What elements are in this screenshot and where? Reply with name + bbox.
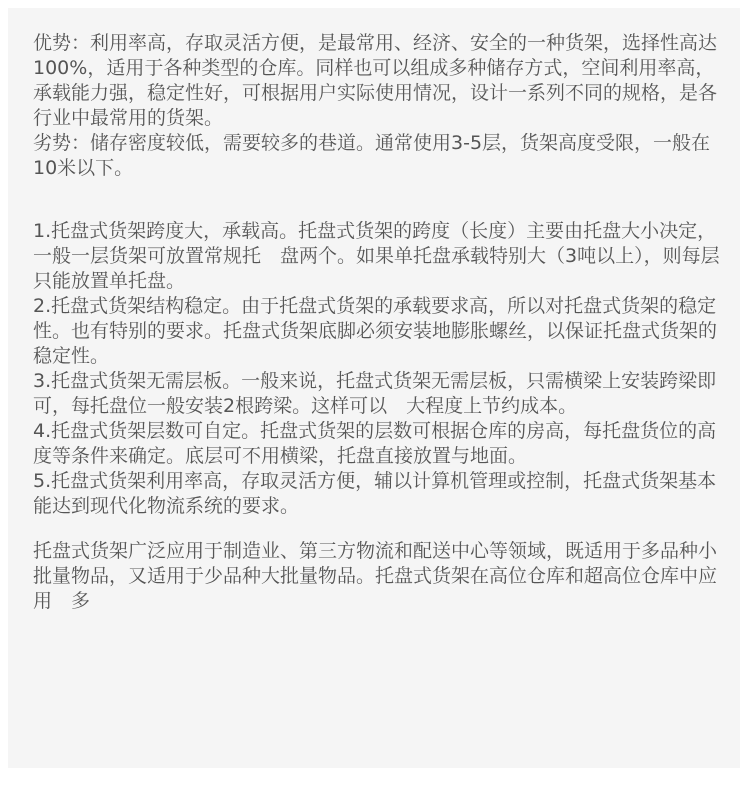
applications-paragraph: 托盘式货架广泛应用于制造业、第三方物流和配送中心等领域，既适用于多品种小 批量物…: [33, 539, 722, 614]
page: 优势：利用率高，存取灵活方便，是最常用、经济、安全的一种货架，选择性高达 100…: [0, 0, 750, 788]
product-description-panel: 优势：利用率高，存取灵活方便，是最常用、经济、安全的一种货架，选择性高达 100…: [8, 8, 740, 768]
pros-cons-paragraph: 优势：利用率高，存取灵活方便，是最常用、经济、安全的一种货架，选择性高达 100…: [33, 31, 722, 181]
features-list-paragraph: 1.托盘式货架跨度大，承载高。托盘式货架的跨度（长度）主要由托盘大小决定， 一般…: [33, 219, 722, 519]
